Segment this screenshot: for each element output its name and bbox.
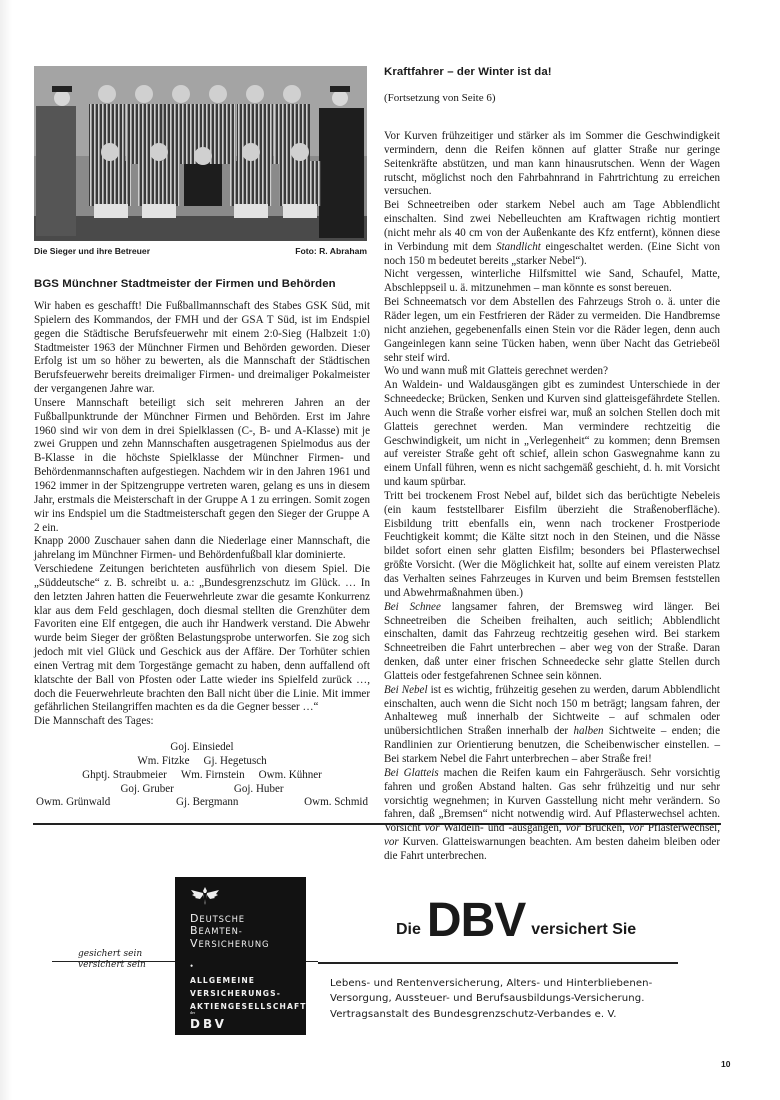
ad-slogan: gesichert sein versichert sein xyxy=(78,949,146,970)
paragraph: Knapp 2000 Zuschauer sahen dann die Nied… xyxy=(34,535,370,563)
emphasis: Bei Schnee xyxy=(384,601,441,613)
player: Gj. Bergmann xyxy=(176,796,238,810)
lineup-row-defense: Wm. Fitzke Gj. Hegetusch xyxy=(34,755,370,769)
player: Owm. Kühner xyxy=(259,769,322,783)
player: Owm. Schmid xyxy=(304,796,368,810)
emphasis: Bei Nebel xyxy=(384,684,428,696)
paragraph: Bei Nebel ist es wichtig, frühzeitig ges… xyxy=(384,684,720,767)
player: Ghptj. Straubmeier xyxy=(82,769,167,783)
team-photo xyxy=(34,66,367,241)
ad-rule xyxy=(318,962,678,964)
company-abbrev: DBV xyxy=(190,1017,227,1031)
section-divider xyxy=(33,823,721,825)
team-lineup: Goj. Einsiedel Wm. Fitzke Gj. Hegetusch … xyxy=(34,741,370,810)
paragraph: An Waldein- und Waldausgängen gibt es zu… xyxy=(384,379,720,490)
scan-edge xyxy=(0,0,12,1100)
headline-pre: Die xyxy=(396,921,421,939)
emphasis: Standlicht xyxy=(496,241,541,253)
paragraph: Bei Schneematsch vor dem Abstellen des F… xyxy=(384,296,720,365)
slogan-rule-right xyxy=(306,961,318,962)
player: Owm. Grünwald xyxy=(36,796,110,810)
eagle-icon xyxy=(190,885,220,907)
separator-dot: • xyxy=(190,961,193,971)
company-name: DEUTSCHE BEAMTEN- VERSICHERUNG xyxy=(190,913,269,950)
paragraph: Die Mannschaft des Tages: xyxy=(34,715,370,729)
player: Goj. Einsiedel xyxy=(170,741,233,755)
emphasis: Bei Glatteis xyxy=(384,767,439,779)
player: Wm. Fitzke xyxy=(137,755,189,769)
headline-brand: DBV xyxy=(427,901,525,941)
ad-description: Lebens- und Rentenversicherung, Alters- … xyxy=(330,976,652,1022)
emphasis: halben xyxy=(573,725,603,737)
lineup-row-goalkeeper: Goj. Einsiedel xyxy=(34,741,370,755)
photo-credit: Foto: R. Abraham xyxy=(295,246,367,256)
team-photo-illustration xyxy=(34,66,367,241)
slogan-line-2: versichert sein xyxy=(78,960,146,971)
article-left-title: BGS Münchner Stadtmeister der Firmen und… xyxy=(34,278,370,290)
player: Goj. Gruber xyxy=(120,783,173,797)
lineup-row-forwards: Owm. Grünwald Gj. Bergmann Owm. Schmid xyxy=(34,796,370,810)
headline-post: versichert Sie xyxy=(531,921,636,939)
paragraph: Wir haben es geschafft! Die Fußballmanns… xyxy=(34,300,370,397)
dbv-logo-box: DEUTSCHE BEAMTEN- VERSICHERUNG • ALLGEME… xyxy=(175,877,306,1035)
company-subtitle: ALLGEMEINE VERSICHERUNGS- AKTIENGESELLSC… xyxy=(190,975,307,1013)
paragraph: Verschiedene Zeitungen berichteten ausfü… xyxy=(34,563,370,715)
paragraph: Unsere Mannschaft beteiligt sich seit me… xyxy=(34,397,370,535)
paragraph: Bei Glatteis machen die Reifen kaum ein … xyxy=(384,767,720,864)
lineup-row-inside: Goj. Gruber Goj. Huber xyxy=(34,783,370,797)
paragraph: Tritt bei trockenem Frost Nebel auf, bil… xyxy=(384,490,720,601)
player: Gj. Hegetusch xyxy=(203,755,266,769)
paragraph: Bei Schneetreiben oder starkem Nebel auc… xyxy=(384,199,720,268)
emphasis: vor xyxy=(384,836,399,848)
player: Wm. Firnstein xyxy=(181,769,245,783)
article-right-body: Vor Kurven frühzeitiger und stärker als … xyxy=(384,130,720,864)
ad-headline: Die DBV versichert Sie xyxy=(396,901,636,941)
company-tiny-text: der xyxy=(190,1010,195,1015)
paragraph: Nicht vergessen, winterliche Hilfsmittel… xyxy=(384,268,720,296)
page-number: 10 xyxy=(721,1059,730,1069)
slogan-line-1: gesichert sein xyxy=(78,949,146,960)
photo-caption: Die Sieger und ihre Betreuer Foto: R. Ab… xyxy=(34,246,367,256)
caption-text: Die Sieger und ihre Betreuer xyxy=(34,246,150,256)
paragraph: Bei Schnee langsamer fahren, der Bremswe… xyxy=(384,601,720,684)
article-right-title: Kraftfahrer – der Winter ist da! xyxy=(384,66,720,78)
paragraph-question: Wo und wann muß mit Glatteis gerechnet w… xyxy=(384,365,720,379)
article-left-body: Wir haben es geschafft! Die Fußballmanns… xyxy=(34,300,370,729)
paragraph: Vor Kurven frühzeitiger und stärker als … xyxy=(384,130,720,199)
player: Goj. Huber xyxy=(234,783,284,797)
continuation-note: (Fortsetzung von Seite 6) xyxy=(384,92,496,104)
lineup-row-midfield: Ghptj. Straubmeier Wm. Firnstein Owm. Kü… xyxy=(34,769,370,783)
